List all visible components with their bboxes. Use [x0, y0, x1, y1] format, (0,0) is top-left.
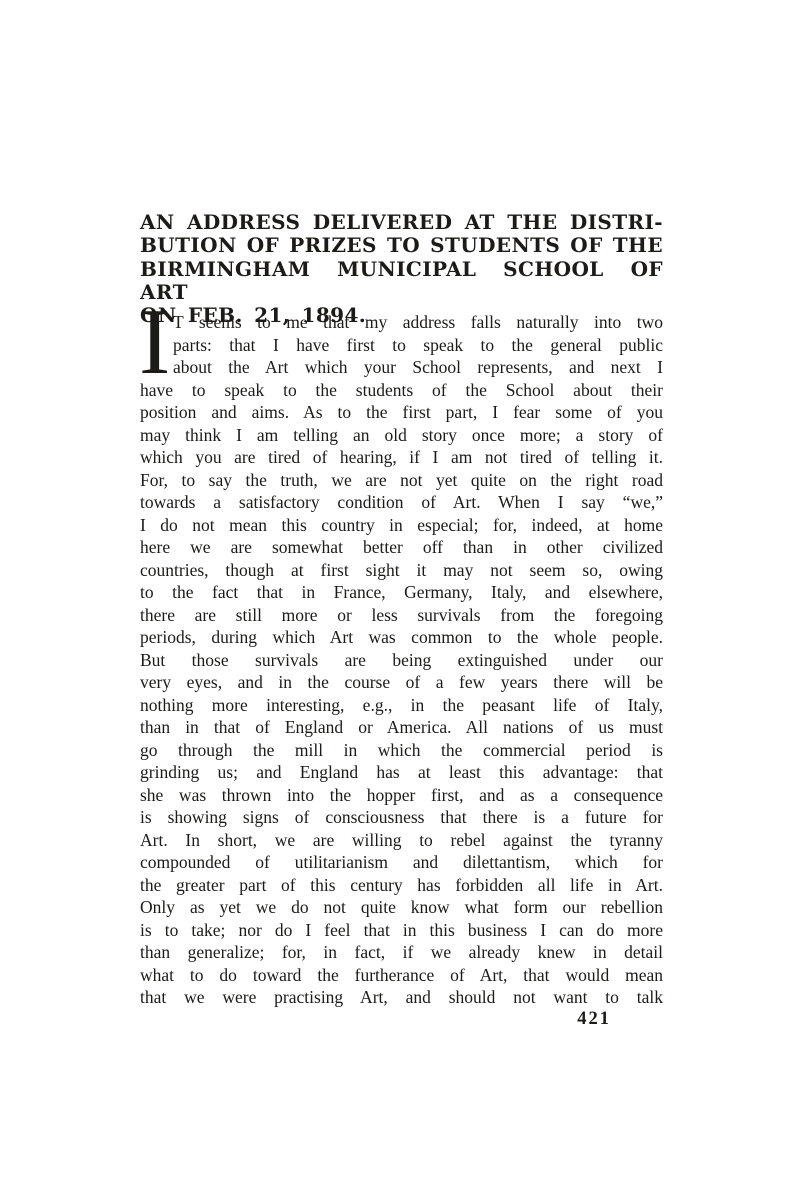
body-text-line: may think I am telling an old story once… [140, 424, 663, 447]
heading-line: BUTION OF PRIZES TO STUDENTS OF THE [140, 234, 663, 257]
body-text-line: very eyes, and in the course of a few ye… [140, 671, 663, 694]
body-text-line: compounded of utilitarianism and diletta… [140, 851, 663, 874]
body-text-line: she was thrown into the hopper first, an… [140, 784, 663, 807]
body-text-line: parts: that I have first to speak to the… [140, 334, 663, 357]
body-text: I T seems to me that my address falls na… [140, 311, 663, 1009]
chapter-heading: AN ADDRESS DELIVERED AT THE DISTRI-BUTIO… [140, 211, 663, 327]
heading-line: AN ADDRESS DELIVERED AT THE DISTRI- [140, 211, 663, 234]
body-text-line: For, to say the truth, we are not yet qu… [140, 469, 663, 492]
body-text-line: countries, though at first sight it may … [140, 559, 663, 582]
body-text-line: what to do toward the furtherance of Art… [140, 964, 663, 987]
body-text-line: grinding us; and England has at least th… [140, 761, 663, 784]
body-text-line: the greater part of this century has for… [140, 874, 663, 897]
body-text-line: than in that of England or America. All … [140, 716, 663, 739]
body-text-line: I do not mean this country in especial; … [140, 514, 663, 537]
body-text-line: is to take; nor do I feel that in this b… [140, 919, 663, 942]
body-text-line: to the fact that in France, Germany, Ita… [140, 581, 663, 604]
body-text-line: towards a satisfactory condition of Art.… [140, 491, 663, 514]
body-text-line: which you are tired of hearing, if I am … [140, 446, 663, 469]
body-text-line: nothing more interesting, e.g., in the p… [140, 694, 663, 717]
body-text-line: is showing signs of consciousness that t… [140, 806, 663, 829]
body-text-line: have to speak to the students of the Sch… [140, 379, 663, 402]
body-text-line: Only as yet we do not quite know what fo… [140, 896, 663, 919]
body-text-line: periods, during which Art was common to … [140, 626, 663, 649]
body-text-line: Art. In short, we are willing to rebel a… [140, 829, 663, 852]
body-text-line: go through the mill in which the commerc… [140, 739, 663, 762]
body-text-line: about the Art which your School represen… [140, 356, 663, 379]
scanned-book-page: AN ADDRESS DELIVERED AT THE DISTRI-BUTIO… [0, 0, 801, 1201]
body-text-line: But those survivals are being extinguish… [140, 649, 663, 672]
heading-line: BIRMINGHAM MUNICIPAL SCHOOL OF ART [140, 258, 663, 305]
body-text-line: position and aims. As to the first part,… [140, 401, 663, 424]
body-text-line: that we were practising Art, and should … [140, 986, 663, 1009]
body-text-line: here we are somewhat better off than in … [140, 536, 663, 559]
drop-cap-initial: I [139, 311, 172, 374]
body-text-line: T seems to me that my address falls natu… [140, 311, 663, 334]
body-text-line: than generalize; for, in fact, if we alr… [140, 941, 663, 964]
page-number: 421 [140, 1008, 663, 1031]
body-text-line: there are still more or less survivals f… [140, 604, 663, 627]
